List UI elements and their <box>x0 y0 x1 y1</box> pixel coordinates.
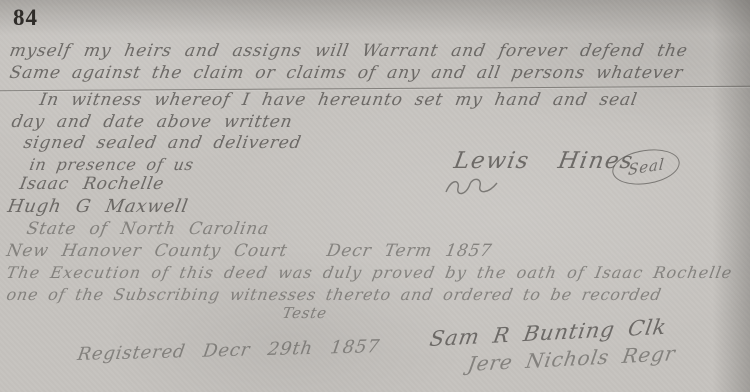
registered-date-line: Registered Decr 29th 1857 <box>76 336 381 365</box>
deed-line-warrant: myself my heirs and assigns will Warrant… <box>8 41 689 61</box>
deed-line-witness-whereof: In witness whereof I have hereunto set m… <box>38 90 639 110</box>
state-line: State of North Carolina <box>25 219 271 239</box>
deed-line-signed-sealed: signed sealed and delivered <box>22 133 303 153</box>
deed-line-presence: in presence of us <box>28 155 195 174</box>
signature-flourish-mark <box>444 176 500 198</box>
grantor-signature: Lewis Hines <box>452 148 636 174</box>
teste-label: Teste <box>281 304 329 322</box>
deed-line-claims: Same against the claim or claims of any … <box>8 63 685 83</box>
witness2-signature: Hugh G Maxwell <box>6 196 190 217</box>
probate-line-2: one of the Subscribing witnesses thereto… <box>5 285 663 304</box>
probate-line-1: The Execution of this deed was duly prov… <box>5 263 734 282</box>
seal-label: Seal <box>627 155 665 179</box>
deed-line-day-date: day and date above written <box>10 112 294 132</box>
court-term-line: New Hanover County Court Decr Term 1857 <box>5 241 494 261</box>
witness1-signature: Isaac Rochelle <box>18 174 166 194</box>
page-number: 84 <box>13 5 38 31</box>
deed-book-page-scan: 84 myself my heirs and assigns will Warr… <box>0 0 750 392</box>
